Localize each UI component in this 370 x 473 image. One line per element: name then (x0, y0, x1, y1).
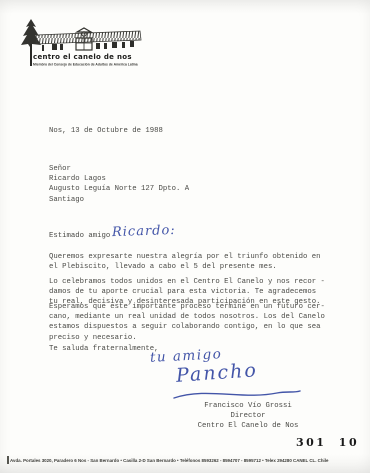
letterhead-logo: centro el canelo de nos Miembro del Cons… (20, 18, 144, 72)
scan-mark (7, 456, 9, 464)
signer-organization: Centro El Canelo de Nos (198, 422, 299, 430)
letter-page: centro el canelo de nos Miembro del Cons… (0, 0, 370, 473)
footer-address: Avda. Portales 3020, Paradero 6 Nos - Sa… (10, 458, 356, 463)
signer-block: Francisco Vío Grossi Director Centro El … (181, 401, 315, 432)
handwritten-signature: Pancho (175, 359, 258, 387)
signer-title: Director (230, 412, 265, 420)
salutation-line: Estimado amigoRicardo: (49, 229, 176, 241)
org-name: centro el canelo de nos (33, 53, 143, 61)
letter-paragraph: Esperamos que este importante proceso te… (49, 302, 325, 343)
salutation-typed: Estimado amigo (49, 232, 110, 240)
date-line: Nos, 13 de Octubre de 1988 (49, 126, 163, 136)
recipient-address: Señor Ricardo Lagos Augusto Leguía Norte… (49, 164, 189, 205)
org-tagline: Miembro del Consejo de Educación de Adul… (33, 63, 138, 67)
signer-name: Francisco Vío Grossi (204, 402, 292, 410)
signature-flourish-icon (172, 389, 302, 401)
registry-stamp: 301 10 (296, 436, 359, 449)
closing-line: Te saluda fraternalmente, (49, 344, 158, 354)
letter-paragraph: Queremos expresarte nuestra alegría por … (49, 252, 321, 272)
salutation-handwritten-name: Ricardo: (112, 226, 176, 238)
